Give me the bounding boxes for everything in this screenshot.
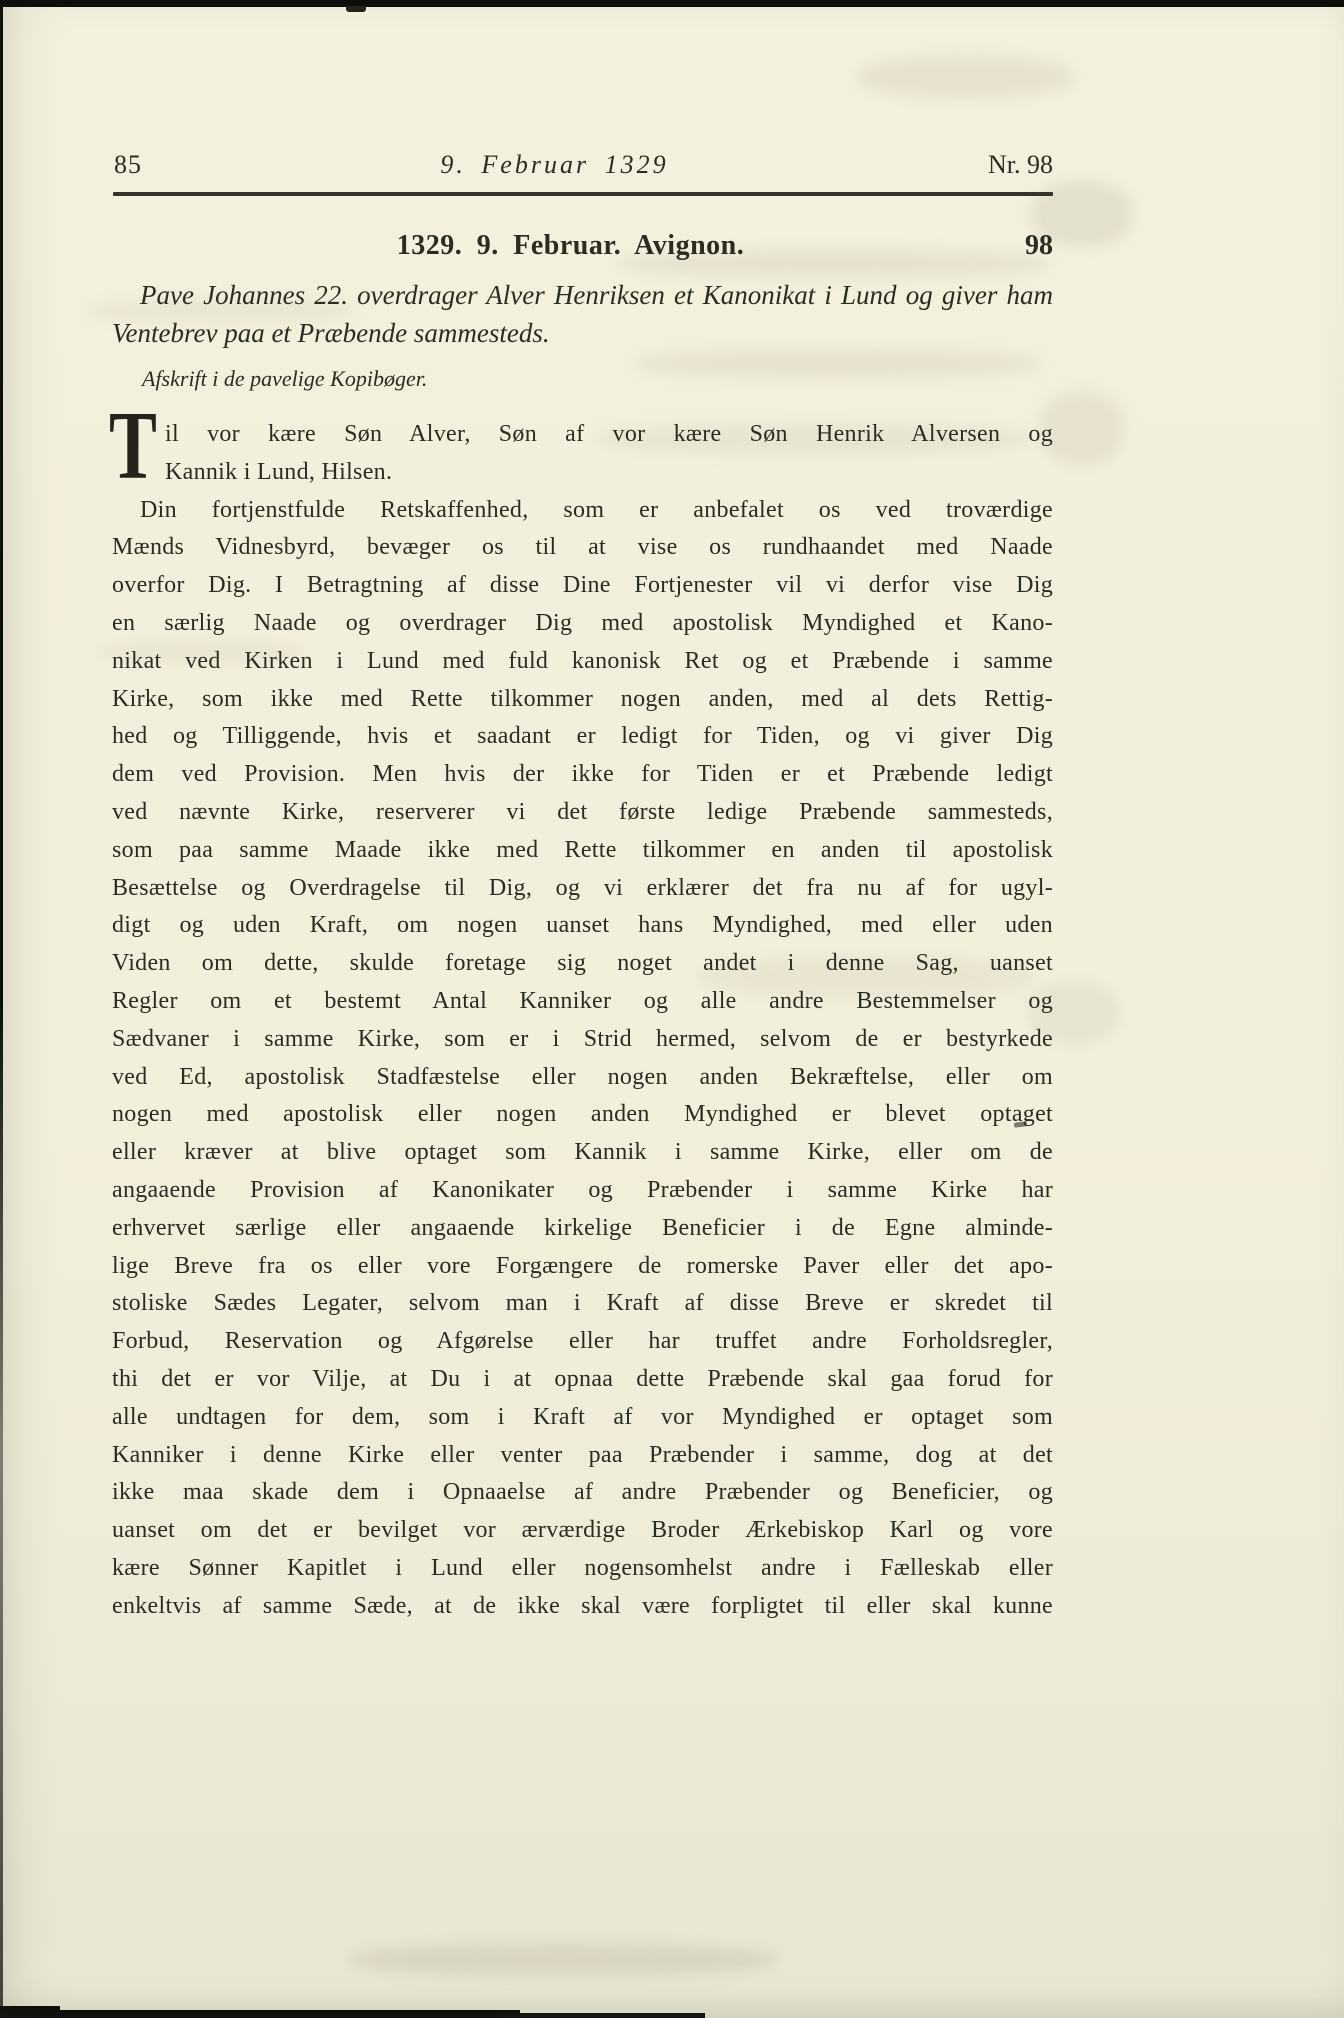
body-line: Regler om et bestemt Antal Kanniker og a… [112, 983, 1053, 1021]
body-line: il vor kære Søn Alver, Søn af vor kære S… [112, 416, 1053, 454]
body-line: dem ved Provision. Men hvis der ikke for… [112, 756, 1053, 794]
body-line: digt og uden Kraft, om nogen uanset hans… [112, 907, 1053, 945]
scan-edge-top [0, 0, 1344, 7]
body-line: Kanniker i denne Kirke eller venter paa … [112, 1437, 1053, 1475]
summary-line: Pave Johannes 22. overdrager Alver Henri… [112, 276, 1053, 314]
body-line: nogen med apostolisk eller nogen anden M… [112, 1096, 1053, 1134]
body-line: Viden om dette, skulde foretage sig noge… [112, 945, 1053, 983]
body-line: kære Sønner Kapitlet i Lund eller nogens… [112, 1550, 1053, 1588]
body-line: ved Ed, apostolisk Stadfæstelse eller no… [112, 1059, 1053, 1097]
show-through-smudge [636, 350, 1040, 377]
body-line: angaaende Provision af Kanonikater og Pr… [112, 1172, 1053, 1210]
body-line: overfor Dig. I Betragtning af disse Dine… [112, 567, 1053, 605]
scan-edge-bottom-extension [500, 2013, 705, 2018]
body-line: stoliske Sædes Legater, selvom man i Kra… [112, 1285, 1053, 1323]
body-line: Kirke, som ikke med Rette tilkommer noge… [112, 681, 1053, 719]
summary-line: Ventebrev paa et Præbende sammesteds. [112, 314, 1053, 352]
body-line: nikat ved Kirken i Lund med fuld kanonis… [112, 643, 1053, 681]
source-note: Afskrift i de pavelige Kopibøger. [142, 364, 427, 394]
body-line: hed og Tilliggende, hvis et saadant er l… [112, 718, 1053, 756]
drop-cap: T [109, 397, 157, 494]
letter-opening: T il vor kære Søn Alver, Søn af vor kære… [112, 416, 1053, 492]
body-line: ved nævnte Kirke, reserverer vi det førs… [112, 794, 1053, 832]
body-line: alle undtagen for dem, som i Kraft af vo… [112, 1399, 1053, 1437]
body-line: Forbud, Reservation og Afgørelse eller h… [112, 1323, 1053, 1361]
letter-body: T il vor kære Søn Alver, Søn af vor kære… [112, 416, 1053, 1626]
scan-edge-top-notch [346, 6, 366, 12]
body-line: enkeltvis af samme Sæde, at de ikke skal… [112, 1588, 1053, 1626]
body-line: Sædvaner i samme Kirke, som er i Strid h… [112, 1021, 1053, 1059]
document-number-ref: Nr. 98 [988, 150, 1053, 180]
body-line: thi det er vor Vilje, at Du i at opnaa d… [112, 1361, 1053, 1399]
summary: Pave Johannes 22. overdrager Alver Henri… [112, 276, 1053, 352]
body-line: en særlig Naade og overdrager Dig med ap… [112, 605, 1053, 643]
header-rule [113, 192, 1053, 196]
body-line: Besættelse og Overdragelse til Dig, og v… [112, 870, 1053, 908]
heading-title: 1329. 9. Februar. Avignon. [100, 230, 1041, 262]
running-header: 85 9. Februar 1329 Nr. 98 [112, 150, 1053, 184]
body-line: lige Breve fra os eller vore Forgængere … [112, 1248, 1053, 1286]
body-line: som paa samme Maade ikke med Rette tilko… [112, 832, 1053, 870]
running-title: 9. Februar 1329 [84, 150, 1025, 180]
document-heading: 1329. 9. Februar. Avignon. 98 [112, 230, 1053, 266]
body-line: erhvervet særlige eller angaaende kirkel… [112, 1210, 1053, 1248]
scanned-book-page: 85 9. Februar 1329 Nr. 98 1329. 9. Febru… [0, 0, 1344, 2018]
show-through-smudge [348, 1944, 778, 1976]
scan-edge-bottom [0, 2010, 520, 2018]
body-line: Din fortjenstfulde Retskaffenhed, som er… [112, 492, 1053, 530]
body-line: eller kræver at blive optaget som Kannik… [112, 1134, 1053, 1172]
scan-edge-left [0, 0, 3, 2018]
body-line: ikke maa skade dem i Opnaaelse af andre … [112, 1474, 1053, 1512]
show-through-smudge [858, 56, 1073, 98]
letter-paragraph: Din fortjenstfulde Retskaffenhed, som er… [112, 492, 1053, 1626]
heading-number: 98 [1025, 230, 1053, 262]
body-line: uanset om det er bevilget vor ærværdige … [112, 1512, 1053, 1550]
body-line: Kannik i Lund, Hilsen. [112, 454, 1053, 492]
body-line: Mænds Vidnesbyrd, bevæger os til at vise… [112, 529, 1053, 567]
